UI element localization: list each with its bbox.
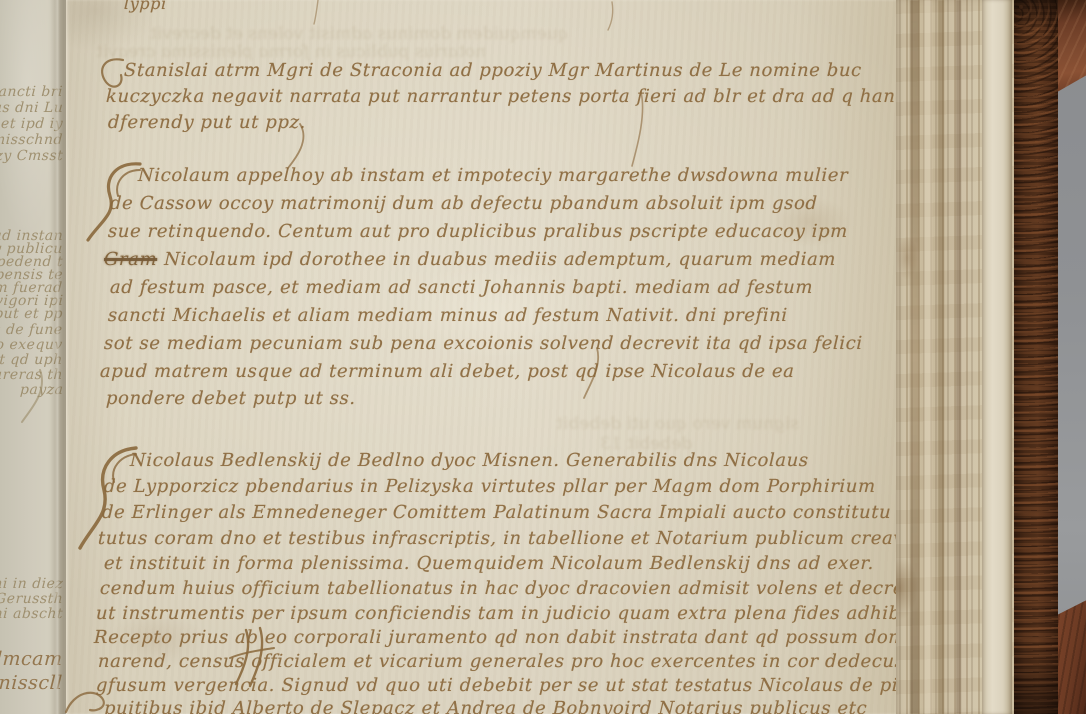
manuscript-line: Nicolaus Bedlenskij de Bedlno dyoc Misne… [130,450,809,471]
manuscript-photo: n Sancti bri ppus dni Lu et ipd iy omiss… [0,0,1086,714]
page-edges [894,0,1014,714]
manuscript-line: ut instrumentis per ipsum conficiendis t… [96,603,896,624]
page-edge-streak [938,0,944,714]
stain [896,236,918,280]
manuscript-line: narend, census officialem et vicarium ge… [98,651,896,672]
leather-spine [1012,0,1058,714]
manuscript-line: kuczyczka negavit narrata put narrantur … [106,86,896,107]
manuscript-line: puitibus ibid Alberto de Slepacz et Andr… [104,698,868,714]
manuscript-line: apud matrem usque ad terminum ali debet,… [100,361,795,382]
manuscript-line: ad festum pasce, et mediam ad sancti Joh… [110,277,814,298]
manuscript-text: quemquidem dominus admisit volens et dec… [66,0,896,714]
manuscript-line: Stanislai atrm Mgri de Straconia ad ppoz… [124,60,863,81]
ink-showthrough: quemquidem dominus admisit volens et dec… [149,24,570,44]
catchword: lyppi [124,0,167,13]
page-edge-streak [924,0,932,714]
manuscript-line: pondere debet putp ut ss. [106,388,356,409]
ink-showthrough: notarius publicus in forma plenissima cr… [95,42,487,62]
manuscript-line: dferendy put ut ppz. [108,112,307,133]
manuscript-line: de Lypporzicz pbendarius in Pelizyska vi… [104,476,876,497]
manuscript-line: sancti Michaelis et aliam mediam minus a… [108,305,788,326]
page-edge-streak [956,0,961,714]
manuscript-line: Recepto prius ab eo corporali juramento … [94,627,896,648]
manuscript-line: GramNicolaum ipd dorothee in duabus medi… [104,249,837,270]
manuscript-line: de Erlinger als Emnedeneger Comittem Pal… [102,502,896,523]
struck-word: Gram [104,249,158,270]
manuscript-line-text: Nicolaum ipd dorothee in duabus mediis a… [164,249,837,270]
manuscript-line: sot se mediam pecuniam sub pena excoioni… [104,333,863,354]
leather-cover-bottom [1054,598,1086,714]
flyleaf-edge [982,0,1012,714]
manuscript-line: de Cassow occoy matrimonij dum ab defect… [110,193,818,214]
manuscript-line: tutus coram dno et testibus infrascripti… [98,528,896,549]
manuscript-line: cendum huius officium tabellionatus in h… [100,578,896,599]
manuscript-line: et instituit in forma plenissima. Quemqu… [104,553,875,574]
ink-showthrough: signum vero quo uti debebit [555,414,800,434]
manuscript-line: Nicolaum appelhoy ab instam et impoteciy… [138,165,849,186]
manuscript-line: gfusum vergencia. Signud vd quo uti debe… [96,675,896,696]
manuscript-line: sue retinquendo. Centum aut pro duplicib… [108,221,849,242]
